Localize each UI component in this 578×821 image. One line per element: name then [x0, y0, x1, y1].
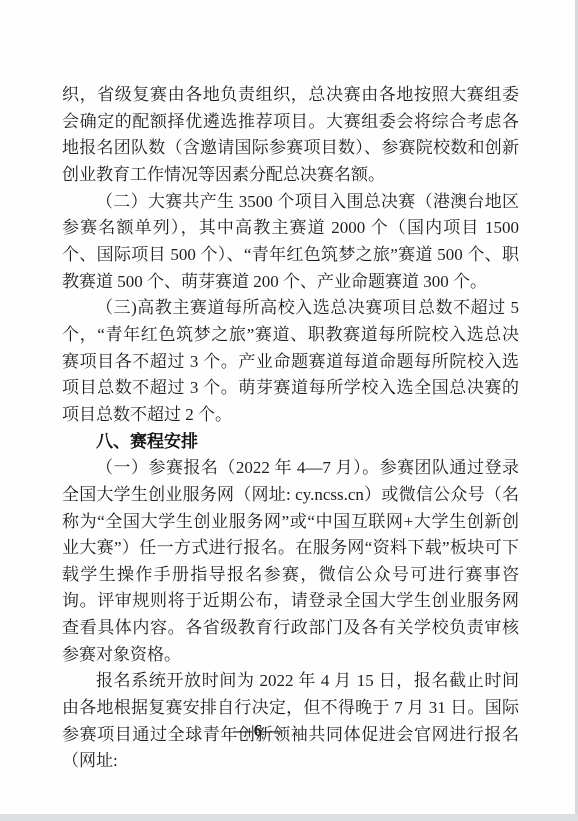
paragraph-item-one-registration: （一）参赛报名（2022 年 4—7 月）。参赛团队通过登录全国大学生创业服务网… [62, 455, 519, 668]
page-number: —6— [0, 721, 518, 741]
paragraph-continuation: 织，省级复赛由各地负责组织，总决赛由各地按照大赛组委会确定的配额择优遴选推荐项目… [62, 82, 519, 189]
paragraph-item-two-quota: （二）大赛共产生 3500 个项目入围总决赛（港澳台地区参赛名额单列），其中高教… [62, 189, 519, 296]
document-body: 织，省级复赛由各地负责组织，总决赛由各地按照大赛组委会确定的配额择优遴选推荐项目… [62, 82, 519, 775]
document-page: 织，省级复赛由各地负责组织，总决赛由各地按照大赛组委会确定的配额择优遴选推荐项目… [0, 0, 578, 821]
paragraph-item-three-limits: （三)高教主赛道每所高校入选总决赛项目总数不超过 5 个，“青年红色筑梦之旅”赛… [62, 295, 519, 428]
scan-edge-bottom [0, 814, 578, 821]
section-heading-schedule: 八、赛程安排 [62, 429, 519, 456]
